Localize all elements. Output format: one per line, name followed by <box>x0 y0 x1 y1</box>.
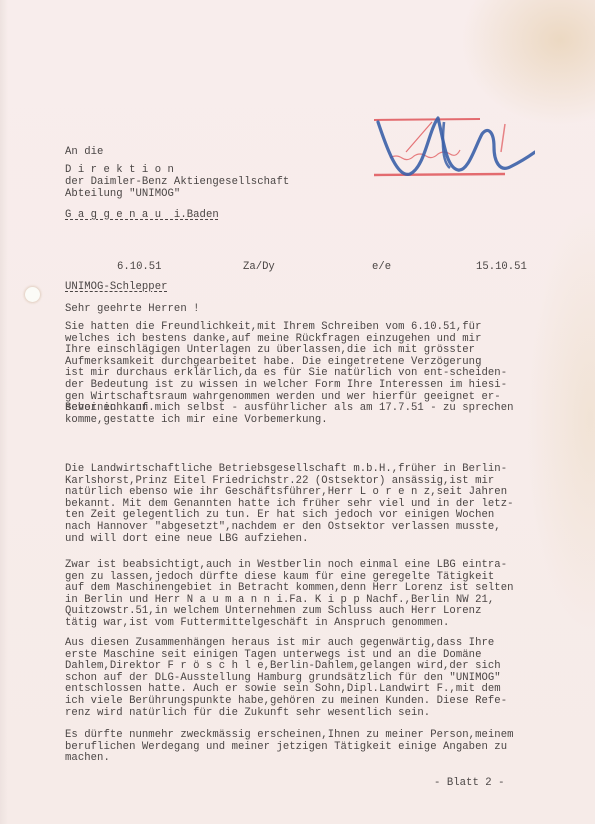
paper-edge <box>0 0 8 824</box>
paragraph-6-line: Es dürfte nunmehr zweckmässig erscheinen… <box>65 730 514 742</box>
page-footer: - Blatt 2 - <box>434 778 504 790</box>
recipient-line-4: Abteilung "UNIMOG" <box>65 189 180 201</box>
letter-page: An die D i r e k t i o n der Daimler-Ben… <box>0 0 595 824</box>
handwritten-initials-icon <box>370 112 535 182</box>
your-sign: Za/Dy <box>243 261 275 273</box>
subject: UNIMOG-Schlepper <box>65 282 168 294</box>
punch-hole <box>25 287 40 302</box>
our-sign: e/e <box>372 261 391 273</box>
paragraph-4-line: Zwar ist beabsichtigt,auch in Westberlin… <box>65 560 507 572</box>
letter-date: 15.10.51 <box>476 261 527 273</box>
paragraph-3-line: Die Landwirtschaftliche Betriebsgesellsc… <box>65 464 507 476</box>
paragraph-2-line: Bevor ich auf mich selbst - ausführliche… <box>65 403 514 415</box>
paragraph-6-line: beruflichen Werdegang und meiner jetzige… <box>65 742 507 754</box>
paragraph-5-line: renz wird natürlich für die Zukunft sehr… <box>65 708 430 720</box>
your-letter-date: 6.10.51 <box>117 261 162 273</box>
paragraph-2-line: komme,gestatte ich mir eine Vorbemerkung… <box>65 415 328 427</box>
paragraph-5-line: Aus diesen Zusammenhängen heraus ist mir… <box>65 638 494 650</box>
paragraph-1-line: Sie hatten die Freundlichkeit,mit Ihrem … <box>65 322 481 334</box>
recipient-line-1: An die <box>65 147 103 159</box>
paragraph-5-line: ich viele Berührungspunkte habe,gehören … <box>65 696 507 708</box>
recipient-line-3: der Daimler-Benz Aktiengesellschaft <box>65 177 289 189</box>
salutation: Sehr geehrte Herren ! <box>65 304 200 316</box>
paragraph-3-line: und will dort eine neue LBG aufziehen. <box>65 534 308 546</box>
paragraph-3-line: nach Hannover "abgesetzt",nachdem er den… <box>65 522 501 534</box>
paragraph-1-line: der Bedeutung ist zu wissen in welcher F… <box>65 380 507 392</box>
recipient-city: G a g g e n a u i.Baden <box>65 210 219 222</box>
paragraph-6-line: machen. <box>65 753 110 765</box>
recipient-line-2: D i r e k t i o n <box>65 165 174 177</box>
paragraph-4-line: tätig war,ist vom Futtermittelgeschäft i… <box>65 618 449 630</box>
